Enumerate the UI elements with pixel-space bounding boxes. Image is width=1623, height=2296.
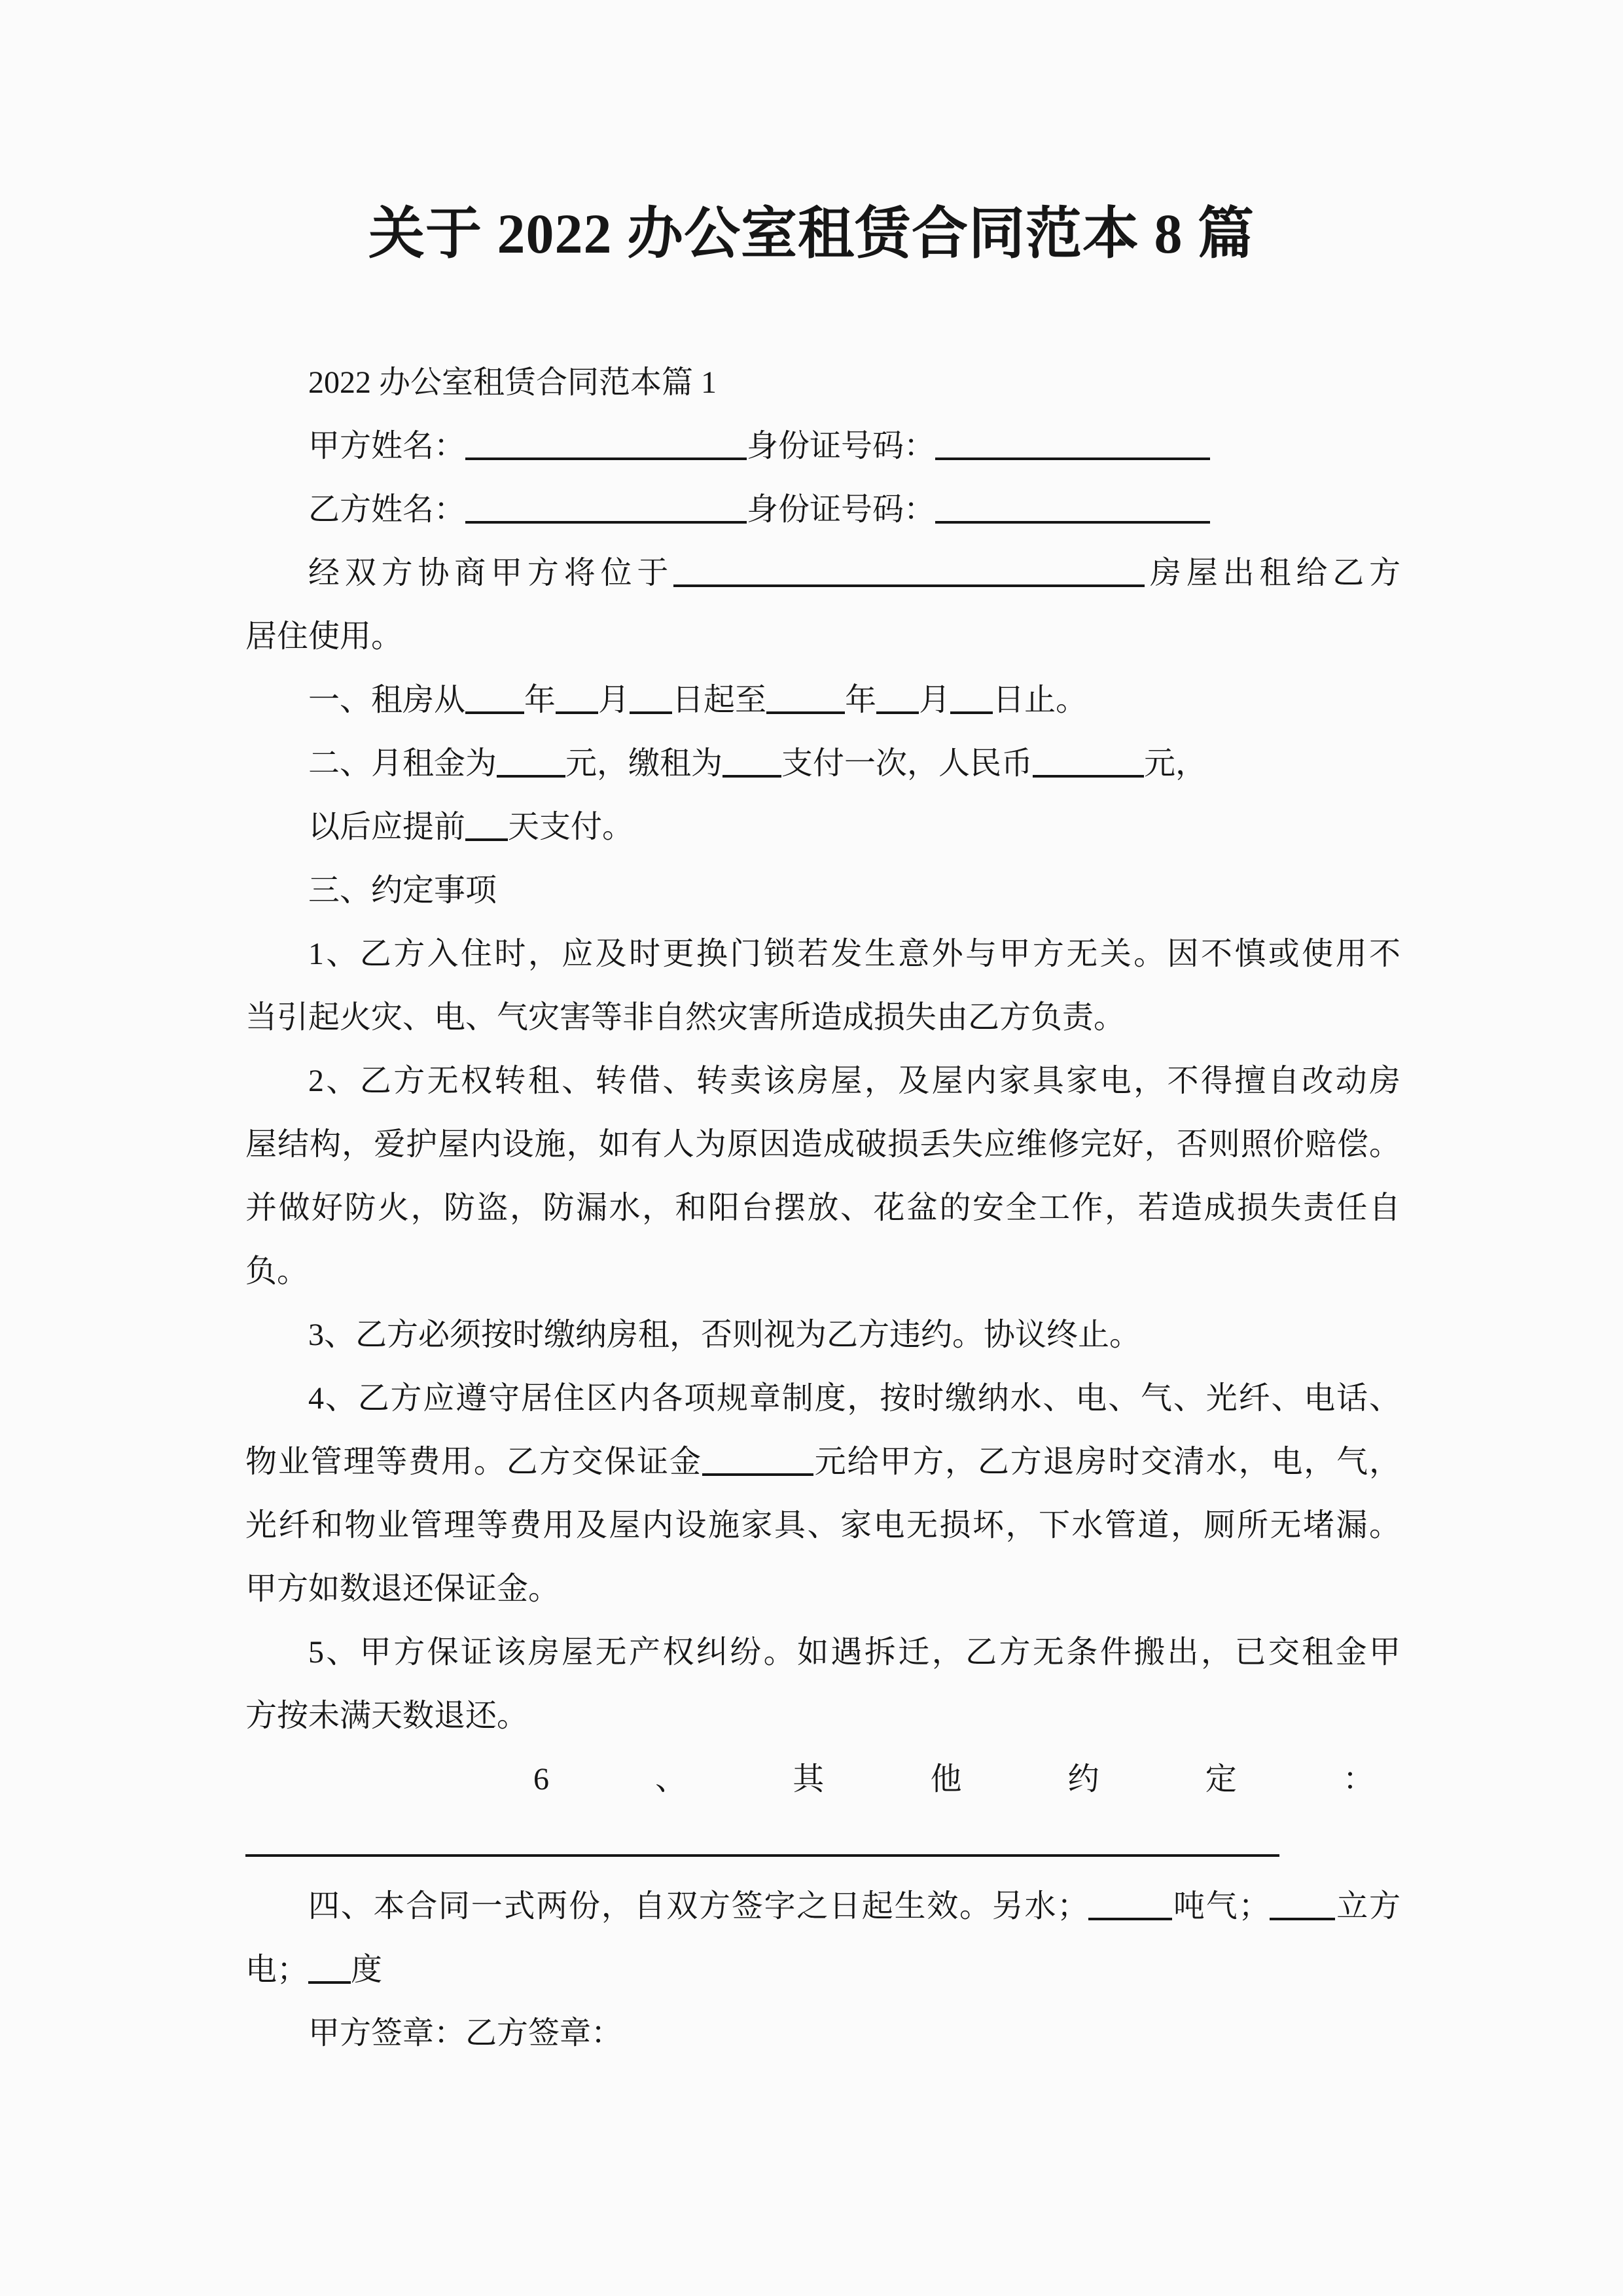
house-location-cont-line: 居住使用。: [245, 605, 1400, 668]
spread-char: 他: [930, 1748, 961, 1811]
fill-in-blank: [465, 685, 524, 714]
text-run: 5、甲方保证该房屋无产权纠纷。如遇拆迁，乙方无条件搬出，已交租金甲: [308, 1635, 1400, 1670]
text-run: 2、乙方无权转租、转借、转卖该房屋，及屋内家具家电，不得擅自改动房: [308, 1064, 1400, 1098]
text-run: 甲方如数退还保证金。: [245, 1571, 560, 1606]
copies-cont-line: 电；度: [245, 1938, 1400, 2001]
text-run: 吨气；: [1172, 1889, 1270, 1924]
clause-2-cont-line: 负。: [245, 1240, 1400, 1303]
text-run: 支付一次，人民币: [781, 746, 1033, 781]
spread-char: 约: [1068, 1748, 1099, 1811]
signature-line: 甲方签章：乙方签章：: [245, 2001, 1400, 2065]
clause-3-line: 3、乙方必须按时缴纳房租，否则视为乙方违约。协议终止。: [245, 1303, 1400, 1367]
spread-char: 定: [1205, 1748, 1237, 1811]
fill-in-blank: [465, 812, 508, 841]
text-run: 负。: [245, 1254, 308, 1289]
spread-char: 其: [793, 1748, 824, 1811]
text-run: 电；: [245, 1952, 308, 1987]
copies-line: 四、本合同一式两份，自双方签字之日起生效。另水；吨气；立方: [245, 1874, 1400, 1938]
other-agreement-blank-line: [245, 1811, 1400, 1874]
text-run: 物业管理等费用。乙方交保证金: [245, 1444, 702, 1479]
fill-in-blank: [935, 431, 1210, 460]
fill-in-blank: [766, 685, 845, 714]
text-run: 3、乙方必须按时缴纳房租，否则视为乙方违约。协议终止。: [308, 1318, 1141, 1352]
fill-in-blank: [497, 749, 565, 778]
fill-in-blank: [630, 685, 672, 714]
text-run: 度: [351, 1952, 382, 1987]
text-run: 日起至: [672, 683, 766, 717]
text-run: 当引起火灾、电、气灾害等非自然灾害所造成损失由乙方负责。: [245, 1000, 1125, 1035]
lease-term-line: 一、租房从年月日起至年月日止。: [245, 668, 1400, 732]
text-run: 以后应提前: [308, 810, 465, 844]
fill-in-blank: [1088, 1892, 1172, 1920]
clause-2-cont-line: 屋结构，爱护屋内设施，如有人为原因造成破损丢失应维修完好，否则照价赔偿。: [245, 1113, 1400, 1176]
text-run: 方按未满天数退还。: [245, 1698, 528, 1733]
clause-1-line: 1、乙方入住时，应及时更换门锁若发生意外与甲方无关。因不慎或使用不: [245, 922, 1400, 986]
fill-in-blank: [722, 749, 781, 778]
document-body: 2022 办公室租赁合同范本篇 1甲方姓名：身份证号码：乙方姓名：身份证号码：经…: [245, 351, 1400, 2065]
fill-in-blank: [556, 685, 598, 714]
clause-4-cont-line: 甲方如数退还保证金。: [245, 1557, 1400, 1621]
fill-in-blank: [702, 1447, 813, 1476]
fill-in-blank: [1270, 1892, 1335, 1920]
clause-2-line: 2、乙方无权转租、转借、转卖该房屋，及屋内家具家电，不得擅自改动房: [245, 1049, 1400, 1113]
text-run: 日止。: [993, 683, 1087, 717]
text-run: 甲方姓名：: [308, 429, 465, 463]
text-run: 身份证号码：: [747, 492, 935, 527]
text-run: 四、本合同一式两份，自双方签字之日起生效。另水；: [308, 1889, 1088, 1924]
fill-in-blank: [1033, 749, 1144, 778]
clause-4-line: 4、乙方应遵守居住区内各项规章制度，按时缴纳水、电、气、光纤、电话、: [245, 1367, 1400, 1430]
text-run: 并做好防火，防盗，防漏水，和阳台摆放、花盆的安全工作，若造成损失责任自: [245, 1191, 1400, 1225]
spread-char: 6: [533, 1748, 549, 1811]
clause-5-cont-line: 方按未满天数退还。: [245, 1684, 1400, 1748]
text-run: 元给甲方，乙方退房时交清水，电，气，: [813, 1444, 1400, 1479]
text-run: 居住使用。: [245, 619, 402, 654]
text-run: 2022 办公室租赁合同范本篇 1: [308, 365, 717, 400]
text-run: 1、乙方入住时，应及时更换门锁若发生意外与甲方无关。因不慎或使用不: [308, 937, 1400, 971]
clause-1-cont-line: 当引起火灾、电、气灾害等非自然灾害所造成损失由乙方负责。: [245, 986, 1400, 1049]
text-run: 三、约定事项: [308, 873, 497, 908]
fill-in-blank: [465, 431, 747, 460]
party-a-name-line: 甲方姓名：身份证号码：: [245, 414, 1400, 478]
document-title: 关于 2022 办公室租赁合同范本 8 篇: [0, 200, 1623, 268]
party-b-name-line: 乙方姓名：身份证号码：: [245, 478, 1400, 541]
text-run: 经双方协商甲方将位于: [308, 556, 673, 590]
clause-5-line: 5、甲方保证该房屋无产权纠纷。如遇拆迁，乙方无条件搬出，已交租金甲: [245, 1621, 1400, 1684]
clause-2-cont-line: 并做好防火，防盗，防漏水，和阳台摆放、花盆的安全工作，若造成损失责任自: [245, 1176, 1400, 1240]
text-run: 乙方姓名：: [308, 492, 465, 527]
clause-4-cont-line: 物业管理等费用。乙方交保证金元给甲方，乙方退房时交清水，电，气，: [245, 1430, 1400, 1494]
fill-in-blank: [308, 1955, 351, 1984]
section-heading: 2022 办公室租赁合同范本篇 1: [245, 351, 1400, 414]
text-run: 二、月租金为: [308, 746, 497, 781]
text-run: 身份证号码：: [747, 429, 935, 463]
text-run: 光纤和物业管理等费用及屋内设施家具、家电无损坏，下水管道，厕所无堵漏。: [245, 1508, 1400, 1543]
house-location-line: 经双方协商甲方将位于房屋出租给乙方: [245, 541, 1400, 605]
fill-in-blank: [950, 685, 993, 714]
text-run: 年: [845, 683, 876, 717]
text-run: 天支付。: [508, 810, 633, 844]
fill-in-blank: [935, 495, 1210, 524]
spread-char: ：: [1343, 1748, 1374, 1811]
text-run: 月: [598, 683, 630, 717]
text-run: 立方: [1335, 1889, 1400, 1924]
text-run: 4、乙方应遵守居住区内各项规章制度，按时缴纳水、电、气、光纤、电话、: [308, 1381, 1400, 1416]
fill-in-blank: [465, 495, 747, 524]
text-run: 元，: [1144, 746, 1207, 781]
fill-in-blank: [876, 685, 919, 714]
document-page: 关于 2022 办公室租赁合同范本 8 篇 2022 办公室租赁合同范本篇 1甲…: [0, 0, 1623, 2296]
fill-in-blank: [673, 558, 1145, 587]
rent-amount-cont-line: 以后应提前天支付。: [245, 795, 1400, 859]
text-run: 月: [919, 683, 950, 717]
text-run: 甲方签章：乙方签章：: [308, 2016, 622, 2051]
spread-char: 、: [655, 1748, 687, 1811]
clause-6-line: 6、其他约定：: [245, 1748, 1400, 1811]
text-run: 一、租房从: [308, 683, 465, 717]
text-run: 年: [524, 683, 556, 717]
fill-in-blank: [245, 1828, 1279, 1857]
agreement-items-heading: 三、约定事项: [245, 859, 1400, 922]
text-run: 房屋出租给乙方: [1145, 556, 1400, 590]
rent-amount-line: 二、月租金为元，缴租为支付一次，人民币元，: [245, 732, 1400, 795]
text-run: 屋结构，爱护屋内设施，如有人为原因造成破损丢失应维修完好，否则照价赔偿。: [245, 1127, 1400, 1162]
clause-4-cont-line: 光纤和物业管理等费用及屋内设施家具、家电无损坏，下水管道，厕所无堵漏。: [245, 1494, 1400, 1557]
text-run: 元，缴租为: [565, 746, 722, 781]
